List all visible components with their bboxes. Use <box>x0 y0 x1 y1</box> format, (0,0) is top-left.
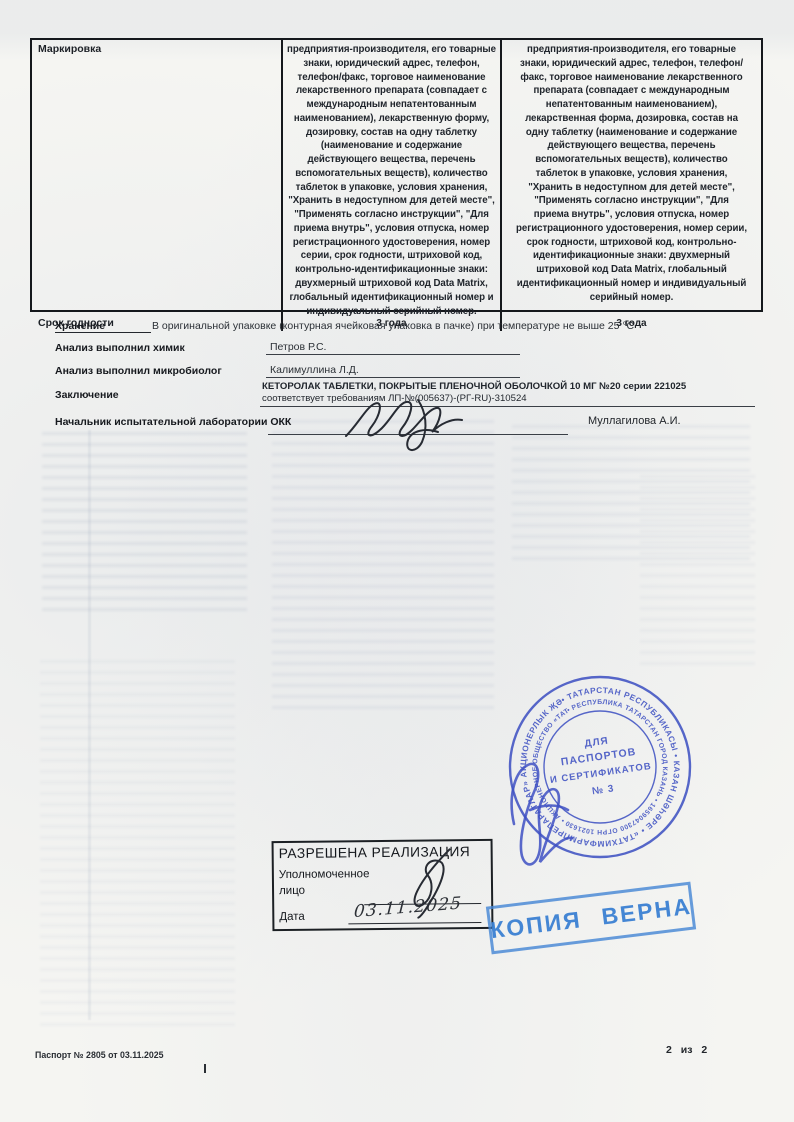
storage-label: Хранение <box>55 320 151 333</box>
microbiologist-underline <box>266 377 520 378</box>
copy-verified-stamp-text: КОПИЯ ВЕРНА <box>489 892 693 943</box>
bleed-through-texture <box>40 660 235 1030</box>
labeling-table: Маркировка Срок годности предприятия-про… <box>30 38 763 312</box>
conclusion-underline <box>260 406 755 407</box>
scan-streak <box>88 430 91 1020</box>
storage-value: В оригинальной упаковке (контурная ячейк… <box>152 320 634 332</box>
lab-head-signature <box>340 394 490 452</box>
chemist-underline <box>266 354 520 355</box>
date-label: Дата <box>279 911 305 923</box>
round-stamp-line1: ДЛЯ <box>584 736 610 750</box>
date-underline <box>348 922 481 924</box>
conclusion-line2: соответствует требованиям ЛП-№(005637)-(… <box>262 393 762 405</box>
scan-mark <box>204 1064 206 1073</box>
document-page: Маркировка Срок годности предприятия-про… <box>0 0 794 1122</box>
authorized-person-signature <box>392 845 471 920</box>
lab-head-label: Начальник испытательной лаборатории ОКК <box>55 416 291 428</box>
marking-row-label: Маркировка <box>38 43 275 55</box>
microbiologist-value: Калимуллина Л.Д. <box>270 364 359 376</box>
bleed-through-texture <box>272 420 494 710</box>
authorized-person-label: Уполномоченное <box>279 868 370 881</box>
authorized-person-label-line2: лицо <box>279 885 305 897</box>
page-number: 2 из 2 <box>666 1044 707 1056</box>
release-authorization-box: РАЗРЕШЕНА РЕАЛИЗАЦИЯ Уполномоченное лицо… <box>272 839 494 931</box>
conclusion-label: Заключение <box>55 389 119 401</box>
copy-verified-stamp: КОПИЯ ВЕРНА <box>486 882 696 955</box>
chemist-label: Анализ выполнил химик <box>55 342 185 354</box>
lab-head-value: Муллагилова А.И. <box>588 415 681 427</box>
table-cell-column1: предприятия-производителя, его товарные … <box>281 40 500 331</box>
chemist-value: Петров Р.С. <box>270 341 326 353</box>
passport-number-footer: Паспорт № 2805 от 03.11.2025 <box>35 1050 164 1060</box>
table-cell-labels: Маркировка Срок годности <box>32 40 281 331</box>
bleed-through-texture <box>640 475 755 665</box>
stamp-signature <box>500 752 595 877</box>
marking-text-col1: предприятия-производителя, его товарные … <box>283 40 500 318</box>
conclusion-value: КЕТОРОЛАК ТАБЛЕТКИ, ПОКРЫТЫЕ ПЛЕНОЧНОЙ О… <box>262 381 762 406</box>
table-cell-column2: предприятия-производителя, его товарные … <box>500 40 761 331</box>
bleed-through-texture <box>42 432 247 617</box>
conclusion-line1: КЕТОРОЛАК ТАБЛЕТКИ, ПОКРЫТЫЕ ПЛЕНОЧНОЙ О… <box>262 381 762 393</box>
marking-text-col2: предприятия-производителя, его товарные … <box>502 40 761 305</box>
microbiologist-label: Анализ выполнил микробиолог <box>55 365 222 377</box>
